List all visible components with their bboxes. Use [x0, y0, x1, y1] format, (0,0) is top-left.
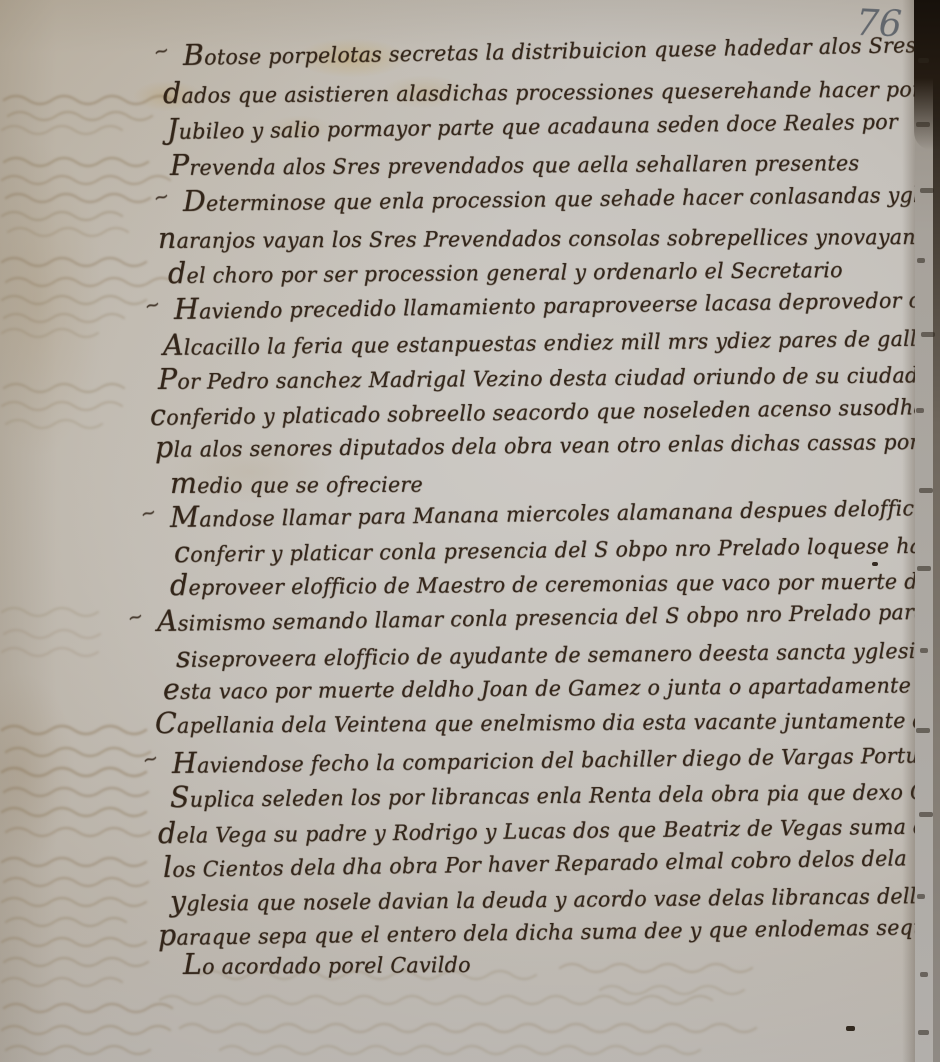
- manuscript-line: Lo acordado porel Cavildo: [183, 945, 471, 981]
- manuscript-line: naranjos vayan los Sres Prevendados cons…: [158, 217, 940, 255]
- page-edge-mark: [917, 566, 931, 571]
- page-edge-mark: [921, 332, 935, 337]
- book-edge-dark: [933, 0, 940, 1062]
- page-edge-mark: [917, 258, 925, 263]
- page-edge-mark: [919, 488, 933, 493]
- paragraph-mark-icon: ~: [142, 293, 162, 318]
- manuscript-line: medio que se ofreciere: [170, 465, 423, 500]
- ink-speck: [872, 562, 878, 566]
- page-edge-mark: [920, 188, 934, 193]
- paragraph-mark-icon: ~: [151, 39, 171, 64]
- paragraph-mark-icon: ~: [138, 501, 158, 526]
- page-edge-mark: [919, 812, 933, 817]
- page-edge-mark: [916, 728, 930, 733]
- book-edge-dark-top: [914, 0, 940, 150]
- page-edge-mark: [916, 408, 924, 413]
- page-edge-shadow: [902, 0, 916, 1062]
- manuscript-line: esta vaco por muerte deldho Joan de Game…: [163, 665, 940, 706]
- manuscript-line: Botose porpelotas secretas la distribuic…: [183, 24, 940, 72]
- page-edge-mark: [918, 1030, 929, 1035]
- manuscript-photo: 76 Botose porpelotas secretas la distrib…: [0, 0, 940, 1062]
- ink-speck: [846, 1026, 855, 1031]
- paragraph-mark-icon: ~: [125, 605, 145, 630]
- paragraph-mark-icon: ~: [140, 747, 160, 772]
- page-edge-mark: [920, 648, 928, 653]
- manuscript-line: Capellania dela Veintena que enelmismo d…: [155, 700, 940, 740]
- page-edge-mark: [920, 972, 928, 977]
- page-edge-mark: [917, 894, 925, 899]
- page-edge-mark: [916, 122, 930, 127]
- page-edge-mark: [918, 58, 929, 63]
- paragraph-mark-icon: ~: [151, 185, 171, 210]
- book-edge-strip: [915, 0, 934, 1062]
